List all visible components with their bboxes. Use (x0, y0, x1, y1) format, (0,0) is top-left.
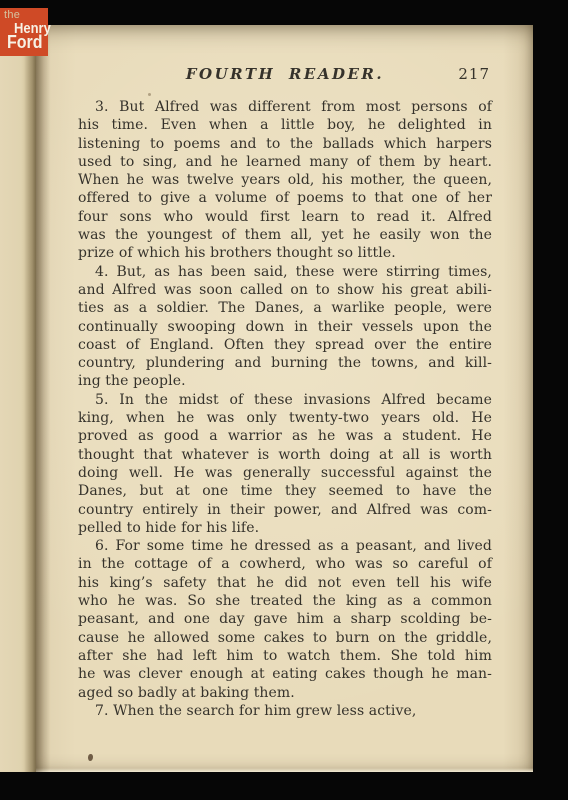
paragraph: 7. When the search for him grew less act… (78, 702, 492, 720)
text-line: in the cottage of a cowherd, who was so … (78, 555, 492, 573)
paragraph: 3. But Alfred was different from most pe… (78, 98, 492, 263)
text-line: pelled to hide for his life. (78, 519, 492, 537)
text-line: four sons who would first learn to read … (78, 208, 492, 226)
page-number: 217 (458, 65, 490, 83)
paragraph: 4. But, as has been said, these were sti… (78, 263, 492, 391)
text-line: cause he allowed some cakes to burn on t… (78, 629, 492, 647)
text-line: after she had left him to watch them. Sh… (78, 647, 492, 665)
text-line: country entirely in their power, and Alf… (78, 501, 492, 519)
text-line: was the youngest of them all, yet he eas… (78, 226, 492, 244)
paragraph: 6. For some time he dressed as a peasant… (78, 537, 492, 702)
the-henry-ford-logo: the Henry Ford (0, 8, 48, 56)
paragraph: 5. In the midst of these invasions Alfre… (78, 391, 492, 537)
page-header: FOURTH READER. 217 (78, 65, 492, 85)
text-line: his time. Even when a little boy, he del… (78, 116, 492, 134)
text-column: 3. But Alfred was different from most pe… (78, 98, 492, 720)
text-line: Danes, but at one time they seemed to ha… (78, 482, 492, 500)
text-line: his king’s safety that he did not even t… (78, 574, 492, 592)
text-line: and Alfred was soon called on to show hi… (78, 281, 492, 299)
text-line: ing the people. (78, 372, 492, 390)
text-line: peasant, and one day gave him a sharp sc… (78, 610, 492, 628)
text-line: prize of which his brothers thought so l… (78, 244, 492, 262)
text-line: 4. But, as has been said, these were sti… (78, 263, 492, 281)
book-page: FOURTH READER. 217 3. But Alfred was dif… (36, 25, 533, 772)
text-line: coast of England. Often they spread over… (78, 336, 492, 354)
text-line: ties as a soldier. The Danes, a warlike … (78, 299, 492, 317)
text-line: king, when he was only twenty-two years … (78, 409, 492, 427)
text-line: 7. When the search for him grew less act… (78, 702, 492, 720)
ink-speck (148, 93, 151, 96)
scan-background: { "branding": { "logo_the": "the", "logo… (0, 0, 568, 800)
text-line: he was clever enough at eating cakes tho… (78, 665, 492, 683)
text-line: who he was. So she treated the king as a… (78, 592, 492, 610)
text-line: 6. For some time he dressed as a peasant… (78, 537, 492, 555)
text-line: aged so badly at baking them. (78, 684, 492, 702)
text-line: 3. But Alfred was different from most pe… (78, 98, 492, 116)
underlying-page-edge (0, 46, 38, 772)
text-line: listening to poems and to the ballads wh… (78, 135, 492, 153)
text-line: used to sing, and he learned many of the… (78, 153, 492, 171)
text-line: thought that whatever is worth doing at … (78, 446, 492, 464)
text-line: doing well. He was generally successful … (78, 464, 492, 482)
ink-speck (88, 754, 93, 761)
running-title: FOURTH READER. (78, 65, 492, 83)
text-line: country, plundering and burning the town… (78, 354, 492, 372)
logo-text-ford: Ford (7, 33, 43, 54)
text-line: 5. In the midst of these invasions Alfre… (78, 391, 492, 409)
text-line: offered to give a volume of poems to tha… (78, 189, 492, 207)
text-line: When he was twelve years old, his mother… (78, 171, 492, 189)
text-line: continually swooping down in their vesse… (78, 318, 492, 336)
text-line: proved as good a warrior as he was a stu… (78, 427, 492, 445)
